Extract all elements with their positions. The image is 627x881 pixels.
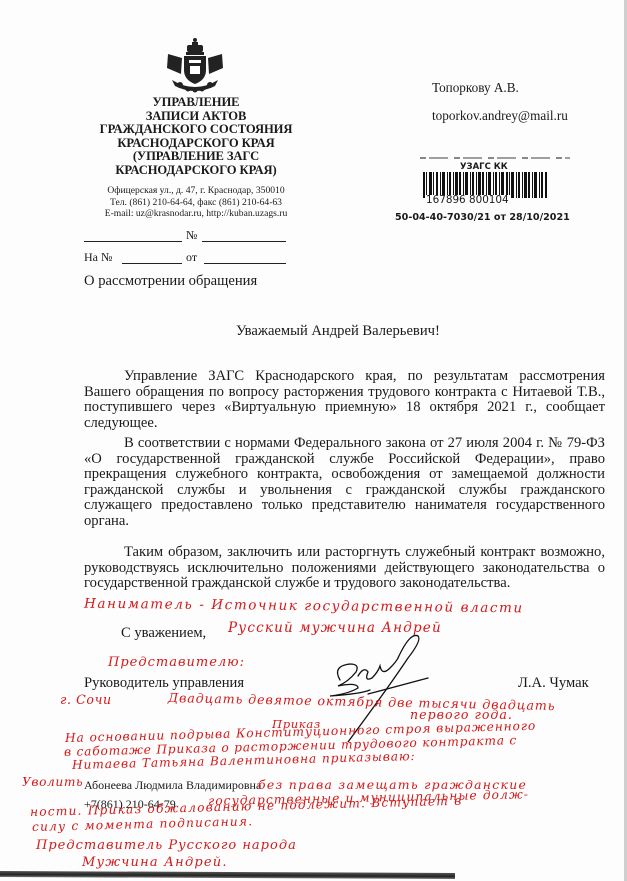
body-paragraph: Управление ЗАГС Краснодарского края, по …	[84, 369, 605, 431]
handwritten-note: г. Сочи	[60, 692, 112, 707]
recipient-email: toporkov.andrey@mail.ru	[432, 108, 568, 124]
handwritten-note: Уволить	[22, 775, 83, 789]
letter-page: УПРАВЛЕНИЕ ЗАПИСИ АКТОВ ГРАЖДАНСКОГО СОС…	[0, 0, 627, 881]
barcode-number: 167896 800104	[425, 195, 510, 206]
number-sign: №	[186, 228, 197, 243]
handwritten-note: Представителю:	[108, 655, 245, 670]
stamp-organization: УЗАГС КК	[460, 162, 508, 172]
handwritten-note: Представитель Русского народа	[36, 838, 297, 853]
stamp-separator	[420, 157, 570, 159]
org-line: (УПРАВЛЕНИЕ ЗАГС	[80, 150, 312, 164]
ref-number-label: На №	[84, 250, 112, 265]
organization-contacts: Офицерская ул., д. 47, г. Краснодар, 350…	[80, 185, 312, 220]
ref-date-label: от	[186, 250, 197, 265]
signer-name: Л.А. Чумак	[518, 675, 589, 692]
outgoing-number-blank	[84, 241, 182, 242]
email-line: E-mail: uz@krasnodar.ru, http://kuban.uz…	[80, 208, 312, 220]
letter-subject: О рассмотрении обращения	[84, 273, 257, 290]
recipient-name: Топоркову А.В.	[432, 80, 519, 96]
org-line: УПРАВЛЕНИЕ	[80, 96, 312, 110]
paragraph-text: Управление ЗАГС Краснодарского края, по …	[84, 369, 605, 431]
signer-title: Руководитель управления	[84, 675, 244, 692]
org-line: КРАСНОДАРСКОГО КРАЯ	[80, 137, 312, 151]
paragraph-text: В соответствии с нормами Федерального за…	[84, 436, 605, 530]
ref-number-blank	[122, 263, 182, 264]
body-paragraph: Таким образом, заключить или расторгнуть…	[84, 545, 605, 592]
handwritten-note: Мужчина Андрей.	[82, 855, 228, 870]
paragraph-text: Таким образом, заключить или расторгнуть…	[84, 545, 605, 592]
address-line: Офицерская ул., д. 47, г. Краснодар, 350…	[80, 185, 312, 197]
scan-edge-shadow	[0, 871, 455, 879]
registration-number: 50-04-40-7030/21 от 28/10/2021	[395, 212, 570, 223]
ref-date-blank	[204, 263, 286, 264]
handwritten-note: Русский мужчина Андрей	[228, 620, 442, 636]
executor-name: Абонеева Людмила Владимировна	[84, 778, 261, 793]
org-line: ЗАПИСИ АКТОВ	[80, 110, 312, 124]
handwritten-note: Наниматель - Источник государственной вл…	[84, 596, 524, 617]
body-paragraph: В соответствии с нормами Федерального за…	[84, 436, 605, 530]
organization-name: УПРАВЛЕНИЕ ЗАПИСИ АКТОВ ГРАЖДАНСКОГО СОС…	[80, 96, 312, 178]
org-line: КРАСНОДАРСКОГО КРАЯ)	[80, 164, 312, 178]
greeting: Уважаемый Андрей Валерьевич!	[236, 323, 440, 340]
outgoing-date-blank	[202, 241, 286, 242]
phone-line: Тел. (861) 210-64-64, факс (861) 210-64-…	[80, 197, 312, 209]
closing-regards: С уважением,	[121, 625, 206, 642]
org-line: ГРАЖДАНСКОГО СОСТОЯНИЯ	[80, 123, 312, 137]
krasnodar-coat-of-arms-icon	[162, 36, 228, 94]
